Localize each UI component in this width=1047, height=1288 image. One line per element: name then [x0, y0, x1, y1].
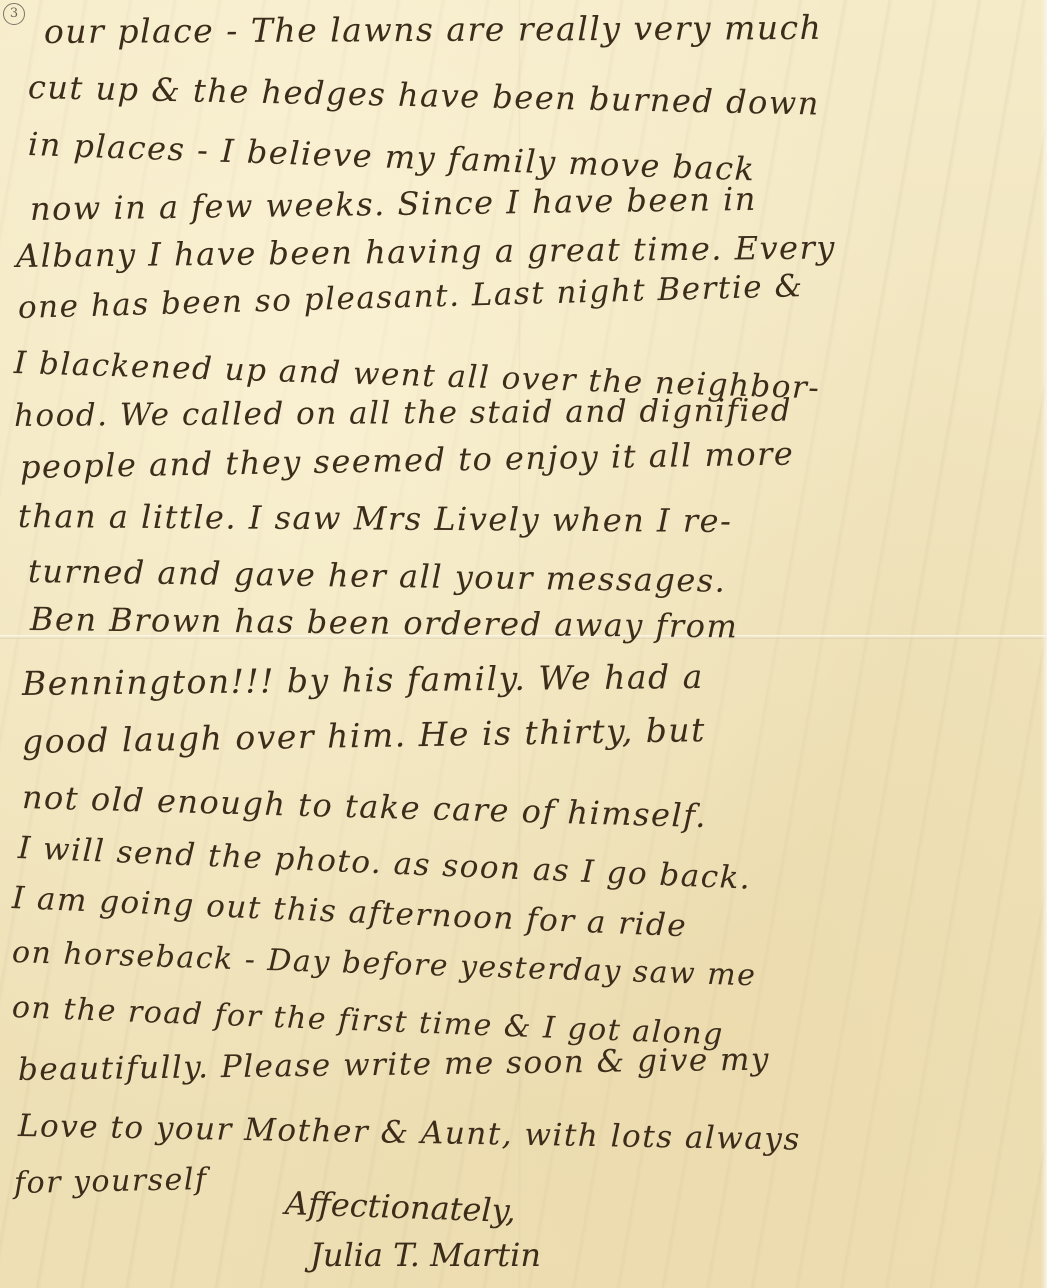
- letter-line-1: our place - The lawns are really very mu…: [44, 8, 823, 51]
- letter-line-12: Ben Brown has been ordered away from: [30, 600, 739, 645]
- letter-line-18: on horseback - Day before yesterday saw …: [11, 935, 757, 993]
- letter-line-8: hood. We called on all the staid and dig…: [14, 393, 792, 434]
- letter-line-6: one has been so pleasant. Last night Ber…: [17, 268, 804, 326]
- letter-line-4: now in a few weeks. Since I have been in: [30, 180, 757, 228]
- letter-line-9: people and they seemed to enjoy it all m…: [20, 434, 795, 486]
- letter-page: 3 our place - The lawns are really very …: [0, 0, 1047, 1288]
- letter-line-20: beautifully. Please write me soon & give…: [18, 1042, 770, 1088]
- letter-line-3: in places - I believe my family move bac…: [27, 125, 756, 188]
- page-number-circle: 3: [3, 3, 25, 25]
- letter-line-22: for yourself: [14, 1162, 208, 1201]
- letter-line-5: Albany I have been having a great time. …: [16, 228, 836, 275]
- letter-line-2: cut up & the hedges have been burned dow…: [28, 68, 821, 123]
- closing-line: Affectionately,: [284, 1184, 516, 1230]
- letter-line-14: good laugh over him. He is thirty, but: [22, 710, 707, 761]
- letter-line-10: than a little. I saw Mrs Lively when I r…: [18, 497, 733, 540]
- letter-line-13: Bennington!!! by his family. We had a: [22, 657, 704, 703]
- letter-line-21: Love to your Mother & Aunt, with lots al…: [18, 1108, 801, 1158]
- signature: Julia T. Martin: [310, 1236, 541, 1274]
- letter-line-11: turned and gave her all your messages.: [28, 552, 727, 600]
- letter-line-15: not old enough to take care of himself.: [21, 778, 707, 835]
- paper-edge: [1041, 0, 1047, 1288]
